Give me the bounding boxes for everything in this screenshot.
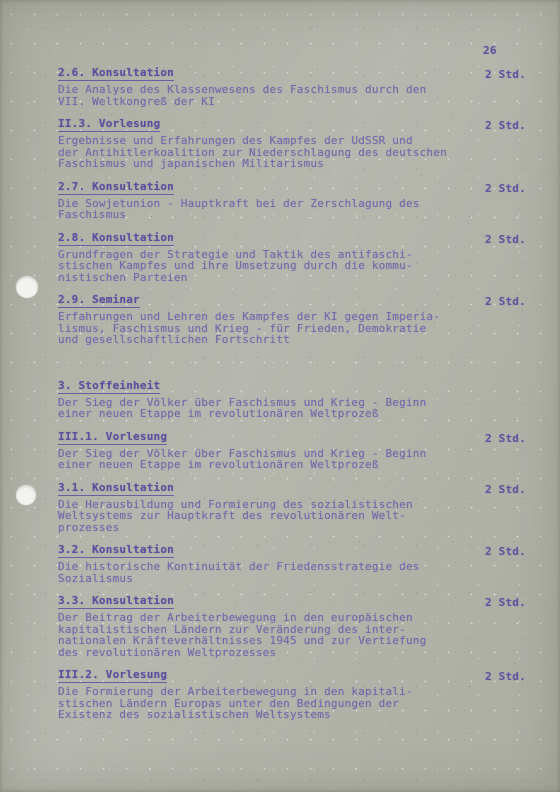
entry-body: Die Herausbildung und Formierung des soz… [58, 499, 540, 534]
entry-heading-row: 2.9. Seminar 2 Std. [58, 294, 540, 307]
page-number: 26 [483, 45, 540, 57]
entry-heading-row: II.3. Vorlesung 2 Std. [58, 118, 540, 131]
entry-body: Der Beitrag der Arbeiterbewegung in den … [58, 612, 540, 658]
entry-body: Der Sieg der Völker über Faschismus und … [58, 448, 540, 471]
entry-title: 3.3. Konsultation [58, 595, 174, 609]
entry-heading-row: III.1. Vorlesung 2 Std. [58, 431, 540, 444]
syllabus-entry: 2.8. Konsultation 2 Std. Grundfragen der… [58, 232, 540, 284]
entry-hours: 2 Std. [485, 120, 526, 132]
entry-heading-row: 2.6. Konsultation 2 Std. [58, 67, 540, 80]
entry-body: Erfahrungen und Lehren des Kampfes der K… [58, 311, 540, 346]
entry-body: Ergebnisse und Erfahrungen des Kampfes d… [58, 135, 540, 170]
entry-heading-row: 3.2. Konsultation 2 Std. [58, 544, 540, 557]
entry-hours: 2 Std. [485, 183, 526, 195]
entry-title: 2.7. Konsultation [58, 181, 174, 195]
syllabus-entry: 3.1. Konsultation 2 Std. Die Herausbildu… [58, 482, 540, 534]
entry-title: 2.9. Seminar [58, 294, 140, 308]
syllabus-entry: 2.6. Konsultation 2 Std. Die Analyse des… [58, 67, 540, 107]
entry-title: III.1. Vorlesung [58, 431, 167, 445]
syllabus-entry: 3.3. Konsultation 2 Std. Der Beitrag der… [58, 595, 540, 658]
entry-title: 2.6. Konsultation [58, 67, 174, 81]
entry-hours: 2 Std. [485, 671, 526, 683]
syllabus-entry: 3.2. Konsultation 2 Std. Die historische… [58, 544, 540, 584]
entry-title: 3. Stoffeinheit [58, 380, 160, 394]
entry-heading-row: 3.1. Konsultation 2 Std. [58, 482, 540, 495]
scanned-page: 26 2.6. Konsultation 2 Std. Die Analyse … [0, 0, 560, 792]
entry-body: Die Formierung der Arbeiterbewegung in d… [58, 686, 540, 721]
entry-body: Der Sieg der Völker über Faschismus und … [58, 397, 540, 420]
entry-hours: 2 Std. [485, 546, 526, 558]
entry-heading-row: III.2. Vorlesung 2 Std. [58, 669, 540, 682]
syllabus-entry: III.1. Vorlesung 2 Std. Der Sieg der Völ… [58, 431, 540, 471]
entry-hours: 2 Std. [485, 69, 526, 81]
entry-title: 2.8. Konsultation [58, 232, 174, 246]
entry-hours: 2 Std. [485, 597, 526, 609]
entry-heading-row: 3.3. Konsultation 2 Std. [58, 595, 540, 608]
syllabus-section-heading: 3. Stoffeinheit Der Sieg der Völker über… [58, 380, 540, 420]
page-content: 26 2.6. Konsultation 2 Std. Die Analyse … [58, 45, 540, 721]
syllabus-entry: III.2. Vorlesung 2 Std. Die Formierung d… [58, 669, 540, 721]
entry-body: Die Sowjetunion - Hauptkraft bei der Zer… [58, 198, 540, 221]
syllabus-entry: 2.9. Seminar 2 Std. Erfahrungen und Lehr… [58, 294, 540, 346]
entry-body: Die historische Kontinuität der Friedens… [58, 561, 540, 584]
entry-title: III.2. Vorlesung [58, 669, 167, 683]
entry-title: 3.1. Konsultation [58, 482, 174, 496]
entry-hours: 2 Std. [485, 296, 526, 308]
entry-hours: 2 Std. [485, 234, 526, 246]
syllabus-entry: II.3. Vorlesung 2 Std. Ergebnisse und Er… [58, 118, 540, 170]
hole-punch-bottom [16, 485, 36, 505]
entry-heading-row: 3. Stoffeinheit [58, 380, 540, 393]
entry-heading-row: 2.8. Konsultation 2 Std. [58, 232, 540, 245]
hole-punch-top [16, 276, 38, 298]
entry-hours: 2 Std. [485, 484, 526, 496]
syllabus-entry: 2.7. Konsultation 2 Std. Die Sowjetunion… [58, 181, 540, 221]
entry-body: Die Analyse des Klassenwesens des Faschi… [58, 84, 540, 107]
entry-hours: 2 Std. [485, 433, 526, 445]
entry-heading-row: 2.7. Konsultation 2 Std. [58, 181, 540, 194]
entry-title: 3.2. Konsultation [58, 544, 174, 558]
entry-body: Grundfragen der Strategie und Taktik des… [58, 249, 540, 284]
entry-title: II.3. Vorlesung [58, 118, 160, 132]
